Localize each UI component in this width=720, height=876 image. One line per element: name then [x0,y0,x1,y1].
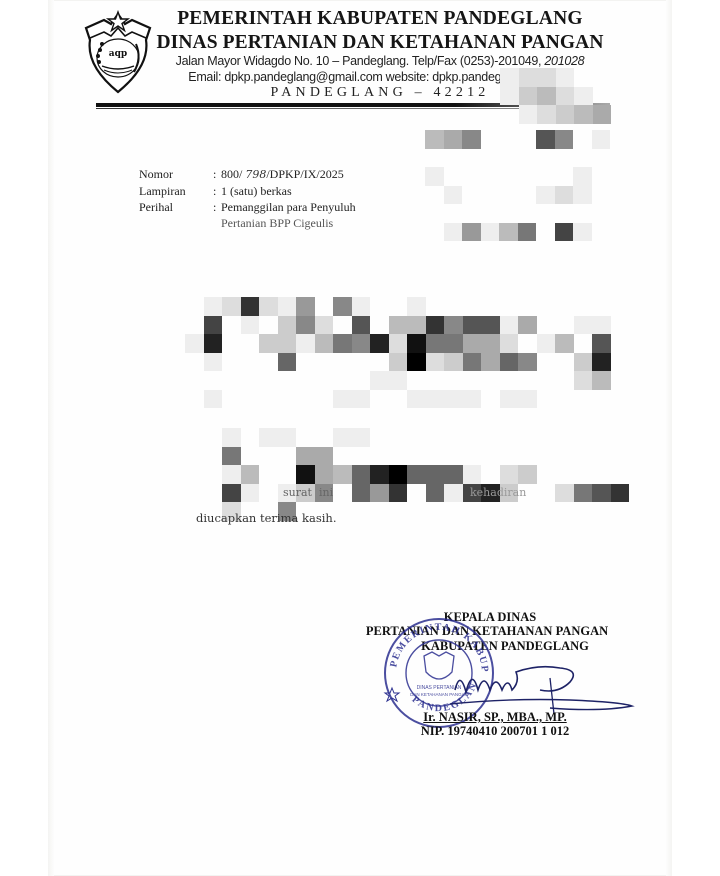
redaction-block [241,465,260,484]
redaction-block [481,353,500,372]
redaction-block [481,223,500,242]
redaction-block [352,297,371,316]
redaction-block [389,465,408,484]
colon: : [213,199,221,215]
redaction-block [537,68,556,87]
redaction-block [333,465,352,484]
signatory-nip: NIP. 19740410 200701 1 012 [410,724,580,739]
redaction-block [222,484,241,503]
nomor-suffix: /DPKP/IX/2025 [266,167,343,181]
redaction-block [574,371,593,390]
redaction-block [204,353,223,372]
perihal-value-continued: Pertanian BPP Cigeulis [139,215,356,231]
scan-edge-right [666,0,672,876]
regency-crest-icon: aqp [80,10,156,94]
handwritten-signature-icon [450,660,635,715]
redaction-block [555,484,574,503]
redaction-block [389,371,408,390]
redaction-block [407,390,426,409]
redaction-block [426,353,445,372]
redaction-block [426,316,445,335]
redaction-block [574,105,593,124]
redaction-block [444,186,463,205]
redaction-block [593,105,612,124]
scan-edge-left [48,0,54,876]
address-text: Jalan Mayor Widagdo No. 10 – Pandeglang.… [176,54,542,68]
redaction-block [481,316,500,335]
redaction-block [222,428,241,447]
redaction-block [444,130,463,149]
body-fragment-surat: surat [283,486,312,499]
redaction-block [204,297,223,316]
redaction-block [573,186,592,205]
redaction-block [444,223,463,242]
redaction-block [611,484,630,503]
redaction-block [500,316,519,335]
redaction-block [315,334,334,353]
nomor-value: 800/ 798/DPKP/IX/2025 [221,166,344,183]
redaction-block [352,484,371,503]
redaction-block [278,316,297,335]
redaction-block [573,223,592,242]
redaction-block [222,297,241,316]
nomor-prefix: 800/ [221,167,242,181]
redaction-block [407,465,426,484]
redaction-block [574,316,593,335]
redaction-block [278,428,297,447]
redaction-block [352,390,371,409]
redaction-block [592,484,611,503]
redaction-block [370,484,389,503]
meta-nomor: Nomor : 800/ 798/DPKP/IX/2025 [139,166,356,183]
redaction-block [204,390,223,409]
redaction-block [537,105,556,124]
redaction-block [500,390,519,409]
body-fragment-ini: ini [319,486,333,499]
redaction-block [519,105,538,124]
redaction-block [444,484,463,503]
redaction-block [518,353,537,372]
redaction-block [315,465,334,484]
redaction-block [296,297,315,316]
redaction-block [296,447,315,466]
redaction-block [407,297,426,316]
redaction-block [222,447,241,466]
colon: : [213,166,221,183]
redaction-block [537,334,556,353]
lampiran-label: Lampiran [139,183,213,199]
redaction-block [296,465,315,484]
redaction-block [444,334,463,353]
redaction-block [204,334,223,353]
redaction-block [333,334,352,353]
redaction-block [444,390,463,409]
redaction-block [444,465,463,484]
redaction-block [278,353,297,372]
redaction-block [463,390,482,409]
nomor-handwritten: 798 [245,168,266,181]
redaction-block [259,297,278,316]
redaction-block [463,334,482,353]
svg-text:aqp: aqp [109,49,127,59]
redaction-block [352,316,371,335]
redaction-block [500,353,519,372]
redaction-block [204,316,223,335]
letterhead-government: PEMERINTAH KABUPATEN PANDEGLANG [160,8,600,30]
perihal-label: Perihal [139,199,213,215]
redaction-block [462,130,481,149]
redaction-block [389,353,408,372]
redaction-block [185,334,204,353]
redaction-block [555,186,574,205]
letterhead-agency: DINAS PERTANIAN DAN KETAHANAN PANGAN [156,32,604,54]
closing-sentence: diucapkan terima kasih. [196,511,336,525]
redaction-block [426,334,445,353]
redaction-block [592,316,611,335]
redaction-block [296,334,315,353]
redaction-block [463,465,482,484]
redaction-block [278,297,297,316]
body-fragment-kehadiran: kehadiran [470,486,526,499]
redaction-block [389,334,408,353]
colon: : [213,183,221,199]
redaction-block [500,334,519,353]
redaction-block [518,390,537,409]
redaction-block [426,484,445,503]
redaction-block [370,371,389,390]
redaction-block [444,353,463,372]
redaction-block [333,390,352,409]
redaction-block [444,316,463,335]
redaction-block [352,428,371,447]
redaction-block [370,465,389,484]
nomor-label: Nomor [139,166,213,183]
redaction-block [592,130,611,149]
redaction-block [518,465,537,484]
redaction-block [536,130,555,149]
redaction-block [315,316,334,335]
redaction-block [573,167,592,186]
redaction-block [518,223,537,242]
redaction-block [499,223,518,242]
meta-lampiran: Lampiran : 1 (satu) berkas [139,183,356,199]
redaction-block [592,371,611,390]
redaction-block [222,465,241,484]
meta-perihal: Perihal : Pemanggilan para Penyuluh [139,199,356,215]
redaction-block [259,334,278,353]
redaction-block [463,353,482,372]
redaction-block [555,130,574,149]
letter-meta: Nomor : 800/ 798/DPKP/IX/2025 Lampiran :… [139,166,356,231]
redaction-block [574,484,593,503]
redaction-block [462,223,481,242]
redaction-block [352,334,371,353]
redaction-block [370,334,389,353]
redaction-block [556,68,575,87]
redaction-block [259,428,278,447]
redaction-block [555,223,574,242]
redaction-block [556,105,575,124]
redaction-block [592,334,611,353]
redaction-block [278,334,297,353]
redaction-block [241,484,260,503]
signatory-name: Ir. NASIR, SP., MBA., MP. [410,710,580,725]
redaction-block [574,87,593,106]
redaction-block [241,297,260,316]
redaction-block [389,484,408,503]
redaction-block [333,428,352,447]
redaction-block [500,87,519,106]
redaction-block [463,316,482,335]
redaction-block [592,353,611,372]
perihal-value: Pemanggilan para Penyuluh [221,199,356,215]
redaction-block [555,334,574,353]
redaction-block [518,316,537,335]
redaction-block [519,87,538,106]
fax-number: 201028 [544,54,584,68]
redaction-block [500,68,519,87]
redaction-block [536,186,555,205]
redaction-block [241,316,260,335]
redaction-block [519,68,538,87]
redaction-block [315,447,334,466]
redaction-block [352,465,371,484]
letterhead-address: Jalan Mayor Widagdo No. 10 – Pandeglang.… [160,54,600,68]
redaction-block [574,353,593,372]
redaction-block [426,390,445,409]
lampiran-value: 1 (satu) berkas [221,183,292,199]
redaction-block [425,167,444,186]
redaction-block [537,87,556,106]
redaction-block [333,297,352,316]
redaction-block [500,465,519,484]
redaction-block [296,316,315,335]
redaction-block [407,316,426,335]
redaction-block [407,334,426,353]
redaction-block [425,130,444,149]
redaction-block [407,353,426,372]
redaction-block [389,316,408,335]
redaction-block [556,87,575,106]
redaction-block [481,334,500,353]
redaction-block [426,465,445,484]
